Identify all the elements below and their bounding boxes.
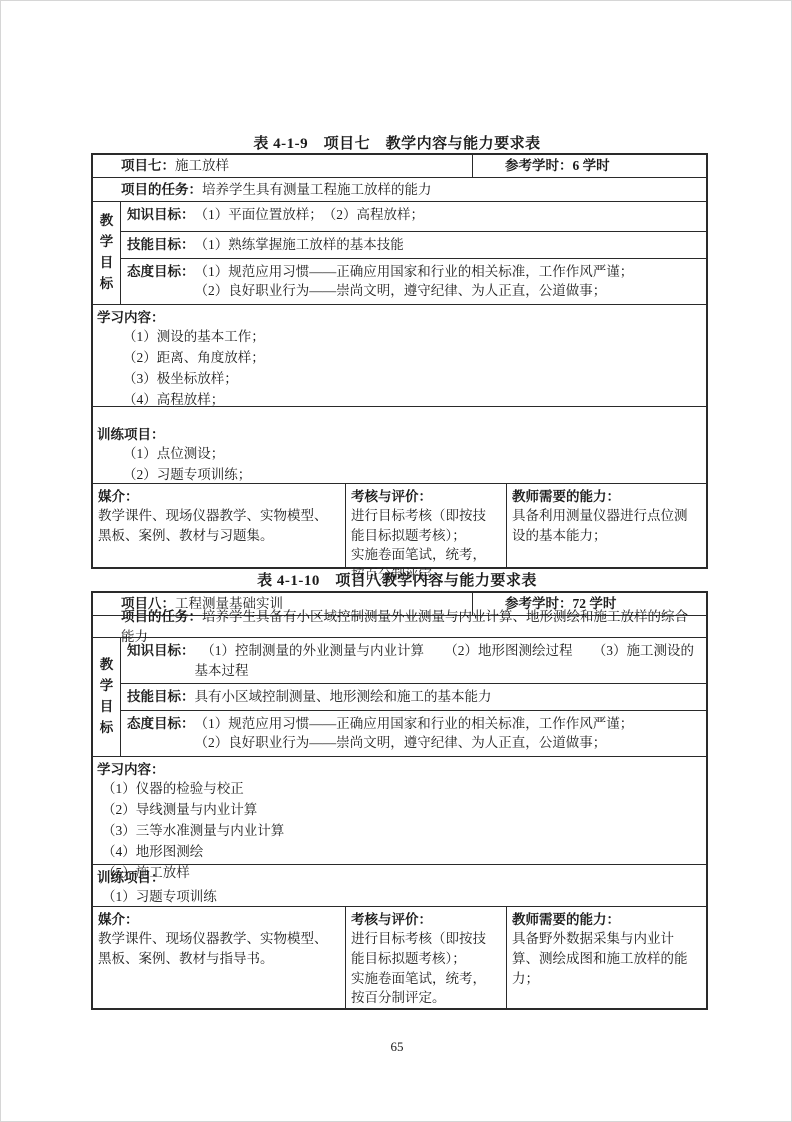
skill-goal-text: （1）熟练掌握施工放样的基本技能 — [195, 235, 701, 255]
table1-teacher-cell: 教师需要的能力： 具备利用测量仪器进行点位测设的基本能力； — [507, 484, 706, 567]
table2-content-section: 学习内容： （1）仪器的检验与校正 （2）导线测量与内业计算 （3）三等水准测量… — [93, 756, 706, 864]
task-value: 培养学生具有测量工程施工放样的能力 — [202, 182, 432, 197]
content-header: 学习内容： — [97, 308, 700, 328]
project-value: 施工放样 — [175, 158, 229, 173]
teacher-label: 教师需要的能力： — [512, 487, 698, 507]
training-item: （1）点位测设； — [97, 444, 700, 465]
table2-row-task: 项目的任务：培养学生具备有小区域控制测量外业测量与内业计算、地形测绘和施工放样的… — [93, 615, 706, 637]
goals-title-vertical: 教学目标 — [99, 211, 114, 295]
table1-assessment-cell: 考核与评价： 进行目标考核（即按技能目标拟题考核）； 实施卷面笔试，统考，按百分… — [346, 484, 507, 567]
teacher-text: 具备野外数据采集与内业计算、测绘成图和施工放样的能力； — [512, 929, 698, 988]
knowledge-goal-text: （1）平面位置放样； （2）高程放样； — [195, 205, 701, 225]
skill-goal-label: 技能目标： — [127, 235, 195, 255]
media-label: 媒介： — [98, 487, 337, 507]
assessment-line1: 进行目标考核（即按技能目标拟题考核）； — [351, 506, 498, 545]
table1-training-section: 训练项目： （1）点位测设； （2）习题专项训练； — [93, 406, 706, 483]
table1-project-cell: 项目七：施工放样 — [93, 155, 473, 177]
media-text: 教学课件、现场仪器教学、实物模型、黑板、案例、教材与指导书。 — [98, 929, 337, 968]
assessment-label: 考核与评价： — [351, 910, 498, 930]
attitude-goal-label: 态度目标： — [127, 714, 195, 734]
table1-skill-goal-row: 技能目标： （1）熟练掌握施工放样的基本技能 — [121, 231, 706, 258]
table2-skill-goal-row: 技能目标： 具有小区域控制测量、地形测绘和施工的基本能力 — [121, 683, 706, 710]
knowledge-goal-text: （1）控制测量的外业测量与内业计算 （2）地形图测绘过程 （3）施工测设的基本过… — [195, 641, 701, 680]
content-item: （4）地形图测绘 — [97, 842, 700, 863]
document-page: 表 4-1-9 项目七 教学内容与能力要求表 项目七：施工放样 参考学时：6 学… — [0, 0, 792, 1122]
content-item: （2）导线测量与内业计算 — [97, 800, 700, 821]
content-item: （1）仪器的检验与校正 — [97, 779, 700, 800]
knowledge-goal-label: 知识目标： — [127, 205, 195, 225]
attitude-goal-line2: （2）良好职业行为——崇尚文明，遵守纪律、为人正直，公道做事； — [195, 733, 701, 753]
assessment-line2: 实施卷面笔试，统考，按百分制评定。 — [351, 969, 498, 1008]
assessment-line1: 进行目标考核（即按技能目标拟题考核）； — [351, 929, 498, 968]
table1-row-project: 项目七：施工放样 参考学时：6 学时 — [93, 155, 706, 177]
attitude-goal-line2: （2）良好职业行为——崇尚文明，遵守纪律、为人正直，公道做事； — [195, 281, 701, 301]
content-item: （1）测设的基本工作； — [97, 327, 700, 348]
attitude-goal-label: 态度目标： — [127, 262, 195, 282]
table1: 项目七：施工放样 参考学时：6 学时 项目的任务：培养学生具有测量工程施工放样的… — [91, 153, 708, 569]
skill-goal-label: 技能目标： — [127, 687, 195, 707]
attitude-goal-line1: （1）规范应用习惯——正确应用国家和行业的相关标准，工作作风严谨； — [195, 714, 701, 734]
table2-caption: 表 4-1-10 项目八教学内容与能力要求表 — [1, 569, 792, 590]
content-header: 学习内容： — [97, 760, 700, 780]
content-item: （3）极坐标放样； — [97, 369, 700, 390]
table2-goals-section: 教学目标 知识目标： （1）控制测量的外业测量与内业计算 （2）地形图测绘过程 … — [93, 637, 706, 756]
assessment-label: 考核与评价： — [351, 487, 498, 507]
table2-attitude-goal-row: 态度目标： （1）规范应用习惯——正确应用国家和行业的相关标准，工作作风严谨； … — [121, 710, 706, 756]
attitude-goal-line1: （1）规范应用习惯——正确应用国家和行业的相关标准，工作作风严谨； — [195, 262, 701, 282]
media-label: 媒介： — [98, 910, 337, 930]
training-header: 训练项目： — [97, 425, 700, 445]
media-text: 教学课件、现场仪器教学、实物模型、黑板、案例、教材与习题集。 — [98, 506, 337, 545]
project-label: 项目七： — [121, 158, 175, 173]
table1-row-task: 项目的任务：培养学生具有测量工程施工放样的能力 — [93, 177, 706, 201]
knowledge-goal-label: 知识目标： — [127, 641, 195, 661]
table1-goals-section: 教学目标 知识目标： （1）平面位置放样； （2）高程放样； 技能目标： （1）… — [93, 201, 706, 304]
task-label: 项目的任务： — [121, 182, 202, 197]
table1-task-cell: 项目的任务：培养学生具有测量工程施工放样的能力 — [93, 178, 438, 201]
table1-attitude-goal-row: 态度目标： （1）规范应用习惯——正确应用国家和行业的相关标准，工作作风严谨； … — [121, 258, 706, 304]
table1-knowledge-goal-row: 知识目标： （1）平面位置放样； （2）高程放样； — [121, 202, 706, 231]
table1-hours-cell: 参考学时：6 学时 — [473, 155, 706, 177]
table2-media-cell: 媒介： 教学课件、现场仪器教学、实物模型、黑板、案例、教材与指导书。 — [93, 907, 346, 1008]
table2-assessment-cell: 考核与评价： 进行目标考核（即按技能目标拟题考核）； 实施卷面笔试，统考，按百分… — [346, 907, 507, 1008]
content-item: （3）三等水准测量与内业计算 — [97, 821, 700, 842]
content-item: （2）距离、角度放样； — [97, 348, 700, 369]
table1-caption: 表 4-1-9 项目七 教学内容与能力要求表 — [1, 132, 792, 153]
page-number: 65 — [1, 1039, 792, 1055]
table2-teacher-cell: 教师需要的能力： 具备野外数据采集与内业计算、测绘成图和施工放样的能力； — [507, 907, 706, 1008]
task-label: 项目的任务： — [121, 609, 202, 624]
table2-task-cell: 项目的任务：培养学生具备有小区域控制测量外业测量与内业计算、地形测绘和施工放样的… — [93, 616, 706, 637]
table2-bottom-row: 媒介： 教学课件、现场仪器教学、实物模型、黑板、案例、教材与指导书。 考核与评价… — [93, 906, 706, 1008]
skill-goal-text: 具有小区域控制测量、地形测绘和施工的基本能力 — [195, 687, 701, 707]
teacher-label: 教师需要的能力： — [512, 910, 698, 930]
goals-title-vertical: 教学目标 — [99, 655, 114, 739]
table1-bottom-row: 媒介： 教学课件、现场仪器教学、实物模型、黑板、案例、教材与习题集。 考核与评价… — [93, 483, 706, 567]
table1-content-section: 学习内容： （1）测设的基本工作； （2）距离、角度放样； （3）极坐标放样； … — [93, 304, 706, 406]
table2-goals-title-cell: 教学目标 — [93, 638, 121, 756]
table2: 项目八：工程测量基础实训 参考学时：72 学时 项目的任务：培养学生具备有小区域… — [91, 591, 708, 1010]
table1-goals-title-cell: 教学目标 — [93, 202, 121, 304]
teacher-text: 具备利用测量仪器进行点位测设的基本能力； — [512, 506, 698, 545]
table2-knowledge-goal-row: 知识目标： （1）控制测量的外业测量与内业计算 （2）地形图测绘过程 （3）施工… — [121, 638, 706, 683]
table1-media-cell: 媒介： 教学课件、现场仪器教学、实物模型、黑板、案例、教材与习题集。 — [93, 484, 346, 567]
